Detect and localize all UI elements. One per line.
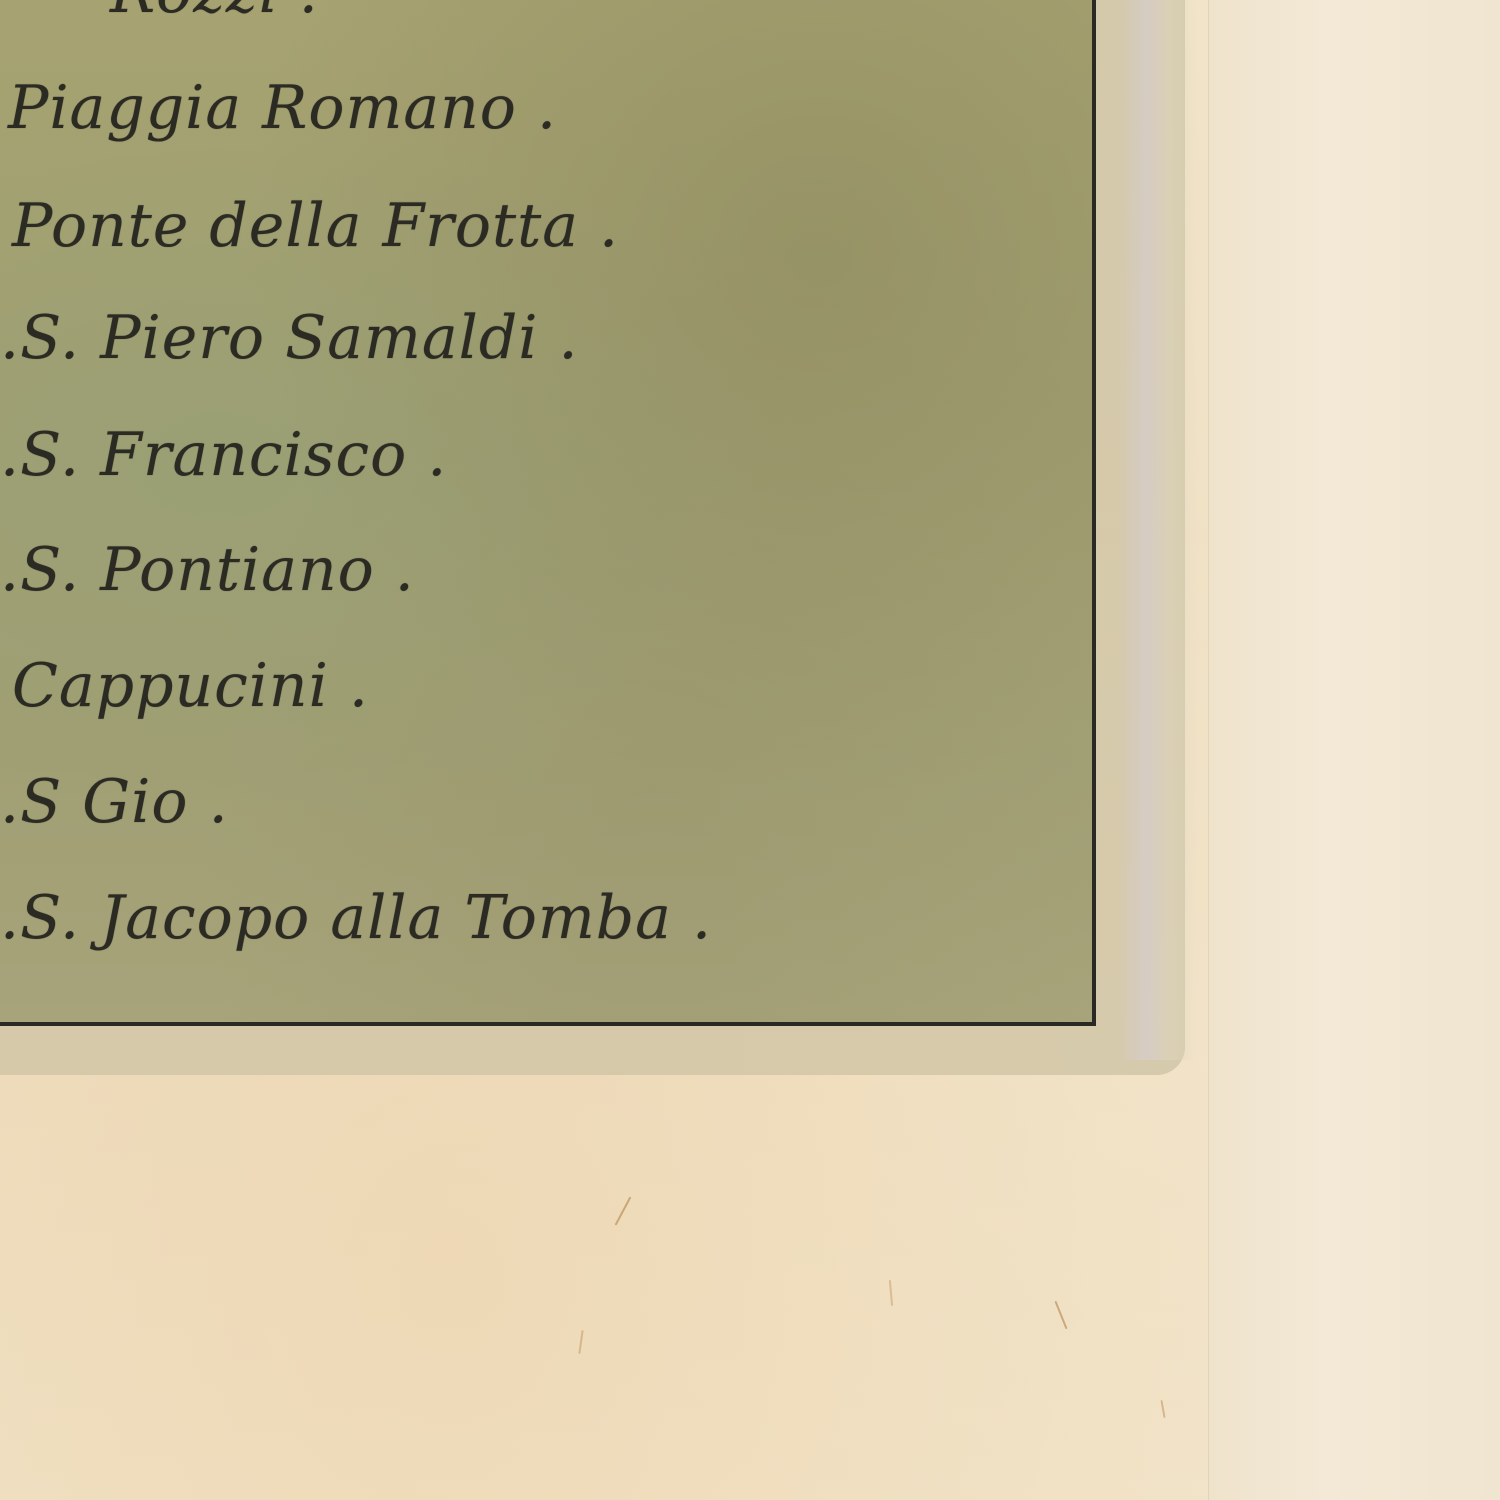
legend-item: .S. Pontiano .	[0, 540, 415, 600]
legend-item: Cappucini .	[12, 656, 369, 716]
legend-item: .S. Piero Samaldi .	[0, 308, 579, 368]
legend-item: .S. Francisco .	[0, 425, 447, 485]
legend-item: Piaggia Romano .	[8, 78, 557, 138]
legend-item: Rozzi .	[110, 0, 319, 22]
legend-item: Ponte della Frotta .	[12, 196, 619, 256]
legend-panel: Rozzi . Piaggia Romano . Ponte della Fro…	[0, 0, 1096, 1026]
legend-item: .S Gio .	[0, 772, 229, 832]
paper-edge-sheen	[1118, 0, 1198, 1060]
mount-paper-strip	[1208, 0, 1500, 1500]
legend-item: .S. Jacopo alla Tomba .	[0, 888, 712, 948]
